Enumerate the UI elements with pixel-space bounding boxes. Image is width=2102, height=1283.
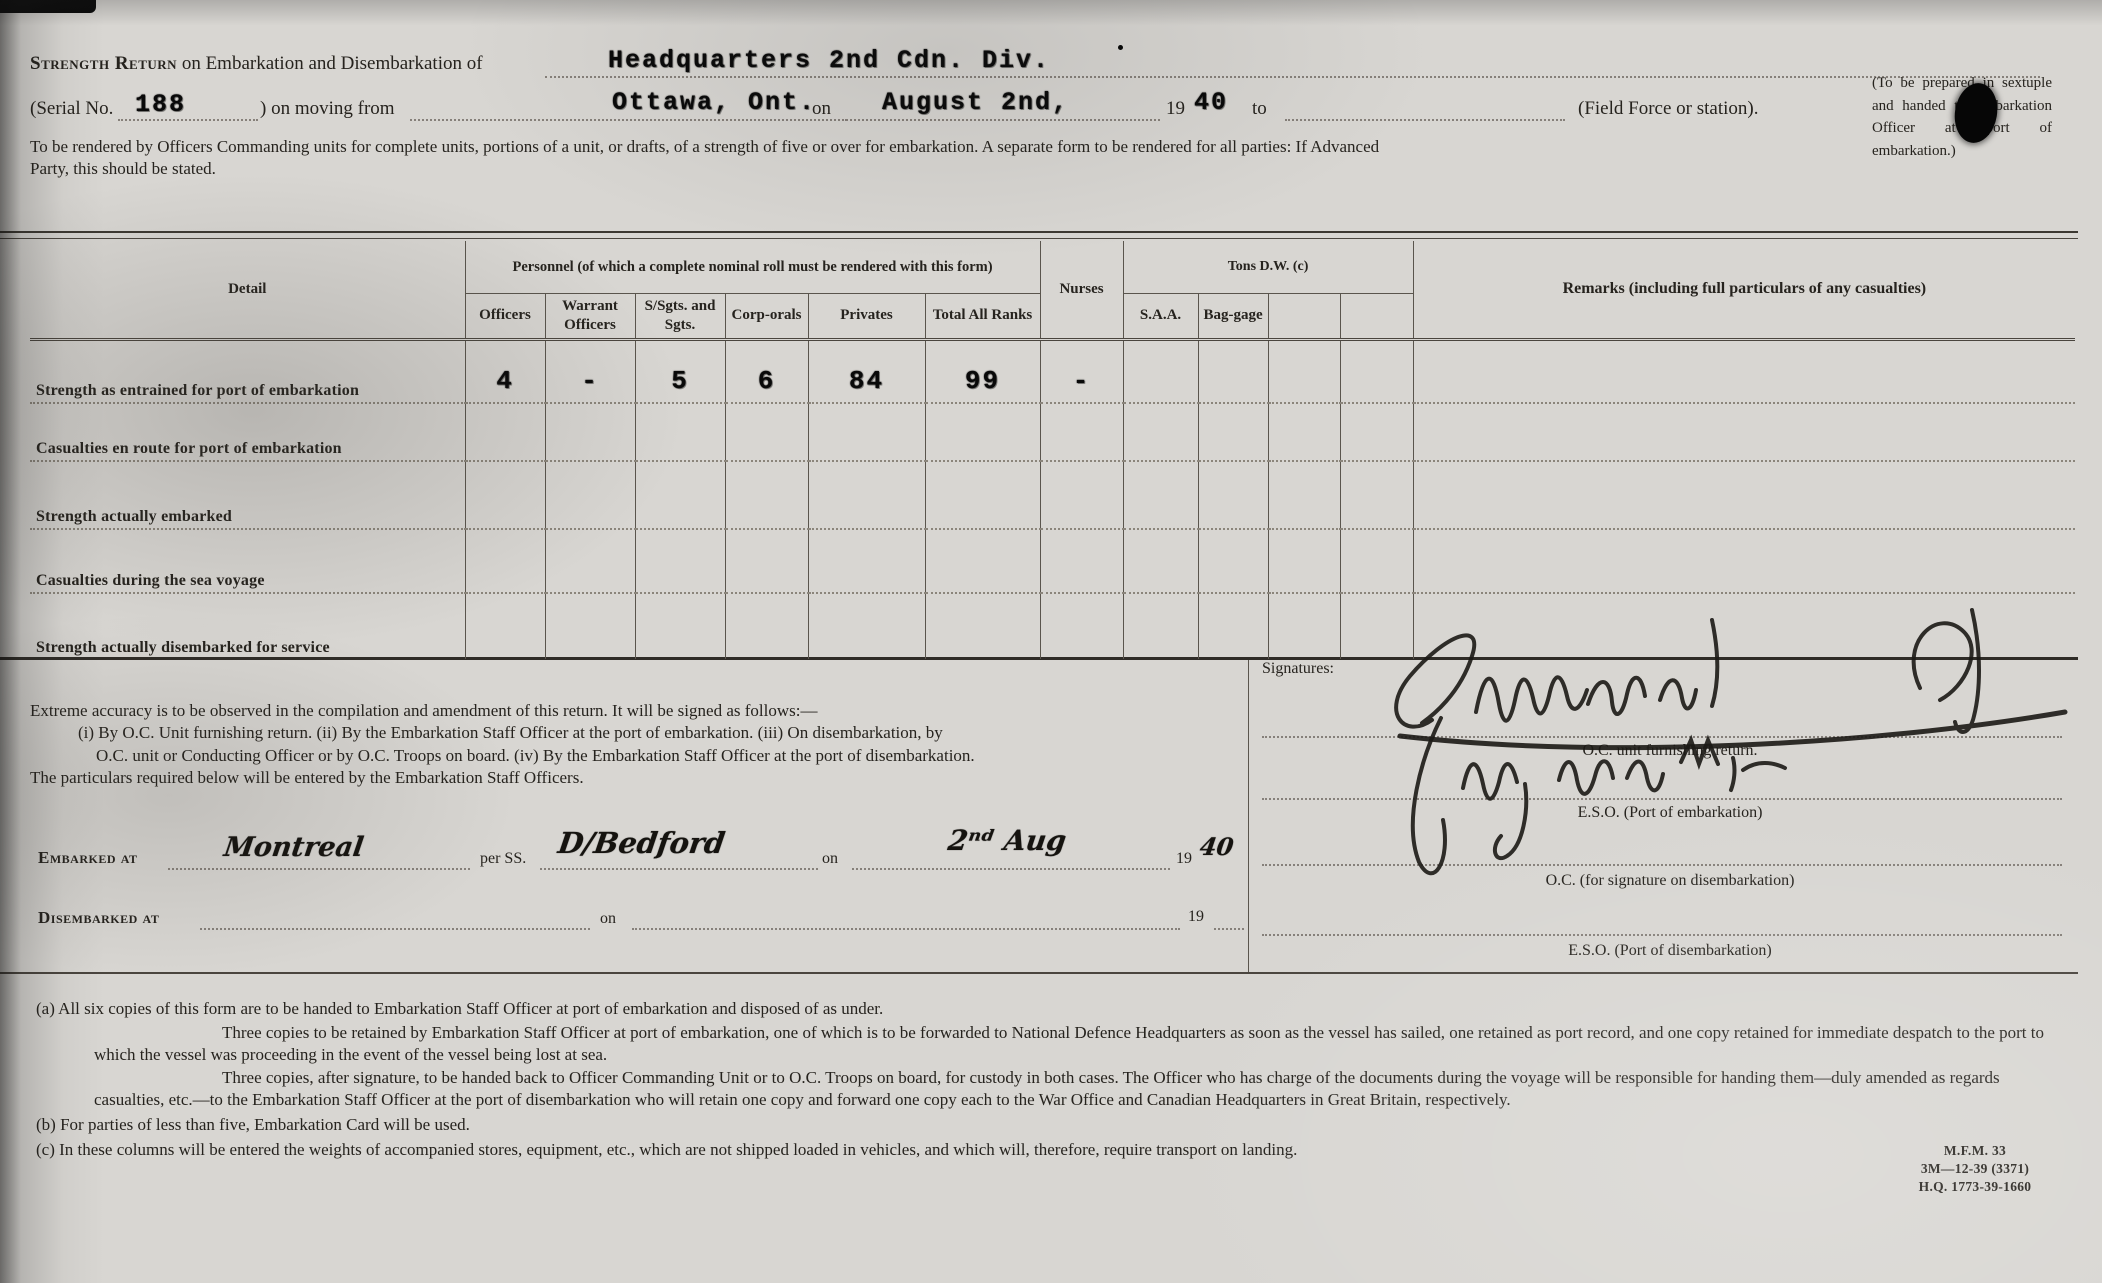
table-top-rule — [0, 231, 2078, 239]
cell — [465, 461, 545, 529]
col-header-tons: Tons D.W. (c) — [1123, 241, 1413, 293]
per-ss-label: per SS. — [480, 850, 526, 868]
cell — [925, 403, 1040, 461]
accuracy-line-2: (i) By O.C. Unit furnishing return. (ii)… — [78, 722, 1240, 744]
row-label: Casualties during the sea voyage — [30, 529, 465, 593]
row-label: Strength actually embarked — [30, 461, 465, 529]
accuracy-line-3: O.C. unit or Conducting Officer or by O.… — [96, 745, 1240, 767]
disembarked-year-rule — [1214, 928, 1244, 930]
table-row: Strength actually embarked — [30, 461, 2075, 529]
cell — [1040, 461, 1123, 529]
year-value: 40 — [1194, 88, 1228, 117]
signature-rule-4 — [1262, 934, 2062, 936]
cell-officers: 4 — [465, 339, 545, 403]
disembarked-at-label: Disembarked at — [38, 908, 159, 928]
table-row: Strength as entrained for port of embark… — [30, 339, 2075, 403]
cell — [545, 461, 635, 529]
cell — [925, 593, 1040, 659]
disembarked-year-prefix: 19 — [1188, 908, 1204, 926]
cell — [808, 529, 925, 593]
cell-remarks — [1413, 403, 2075, 461]
embarked-place-value: Montreal — [222, 832, 366, 863]
footnote-c: (c) In these columns will be entered the… — [36, 1139, 2066, 1161]
cell — [808, 403, 925, 461]
cell — [1198, 529, 1268, 593]
col-header-tons-blank-2 — [1340, 293, 1413, 339]
cell — [545, 529, 635, 593]
date-value: August 2nd, — [882, 88, 1069, 117]
accuracy-line-4: The particulars required below will be e… — [30, 767, 1240, 789]
cell — [808, 593, 925, 659]
form-title-smallcaps: Strength Return — [30, 53, 177, 74]
stamp-line-3: H.Q. 1773-39-1660 — [1880, 1178, 2070, 1196]
table-row: Casualties during the sea voyage — [30, 529, 2075, 593]
cell — [1123, 593, 1198, 659]
cell-saa — [1123, 339, 1198, 403]
form-title-rest: on Embarkation and Disembarkation of — [177, 53, 483, 74]
col-header-total-all-ranks: Total All Ranks — [925, 293, 1040, 339]
unit-value: Headquarters 2nd Cdn. Div. — [608, 46, 1050, 75]
stamp-line-1: M.F.M. 33 — [1880, 1142, 2070, 1160]
footnote-b: (b) For parties of less than five, Embar… — [36, 1114, 2066, 1136]
cell-corporals: 6 — [725, 339, 808, 403]
signature-eso-embark-ink — [1345, 700, 1875, 905]
from-value: Ottawa, Ont. — [612, 88, 816, 117]
cell — [1340, 529, 1413, 593]
year-prefix: 19 — [1166, 98, 1185, 120]
cell — [1268, 403, 1340, 461]
cell — [1040, 593, 1123, 659]
col-header-saa: S.A.A. — [1123, 293, 1198, 339]
signature-caption-eso-disembark: E.S.O. (Port of disembarkation) — [1350, 942, 1990, 960]
cell — [925, 529, 1040, 593]
col-header-baggage: Bag-gage — [1198, 293, 1268, 339]
col-header-nurses: Nurses — [1040, 241, 1123, 339]
cell — [465, 529, 545, 593]
footnotes-top-rule — [0, 972, 2078, 974]
disembarked-date-rule — [632, 928, 1180, 930]
embarked-date-value: 2ⁿᵈ Aug — [946, 824, 1068, 857]
moving-from-label: ) on moving from — [260, 98, 395, 120]
cell — [1268, 461, 1340, 529]
cell-warrant: - — [545, 339, 635, 403]
cell — [1123, 529, 1198, 593]
cell — [635, 529, 725, 593]
form-title: Strength Return on Embarkation and Disem… — [30, 53, 483, 75]
ink-speck — [1118, 45, 1123, 50]
col-header-detail: Detail — [30, 241, 465, 339]
serial-label: (Serial No. — [30, 98, 113, 120]
cell-tons-4 — [1340, 339, 1413, 403]
cell-remarks — [1413, 461, 2075, 529]
cell — [725, 593, 808, 659]
col-header-remarks: Remarks (including full particulars of a… — [1413, 241, 2075, 339]
scan-edge-artifact — [0, 0, 96, 13]
cell-baggage — [1198, 339, 1268, 403]
cell-privates: 84 — [808, 339, 925, 403]
cell — [465, 403, 545, 461]
cell — [1198, 403, 1268, 461]
signatures-label: Signatures: — [1262, 660, 1334, 678]
serial-value: 188 — [135, 90, 186, 119]
ship-rule — [540, 868, 818, 870]
cell — [1198, 593, 1268, 659]
cell — [1268, 593, 1340, 659]
cell — [1123, 403, 1198, 461]
cell — [635, 403, 725, 461]
embarked-on-label: on — [822, 850, 838, 868]
row-label: Casualties en route for port of embarkat… — [30, 403, 465, 461]
disembarked-on-label: on — [600, 910, 616, 928]
embarked-at-label: Embarked at — [38, 848, 138, 868]
col-header-officers: Officers — [465, 293, 545, 339]
cell — [925, 461, 1040, 529]
row-label: Strength as entrained for port of embark… — [30, 339, 465, 403]
cell-remarks — [1413, 529, 2075, 593]
date-rule — [845, 119, 1160, 121]
cell — [725, 461, 808, 529]
cell — [1123, 461, 1198, 529]
scanned-strength-return-form: Strength Return on Embarkation and Disem… — [0, 0, 2102, 1283]
to-label: to — [1252, 98, 1267, 120]
footnote-a-para2: Three copies to be retained by Embarkati… — [94, 1022, 2066, 1066]
cell — [1268, 529, 1340, 593]
cell — [635, 593, 725, 659]
form-number-stamp: M.F.M. 33 3M—12-39 (3371) H.Q. 1773-39-1… — [1880, 1142, 2070, 1197]
to-rule — [1285, 119, 1565, 121]
field-force-label: (Field Force or station). — [1578, 98, 1758, 120]
cell — [808, 461, 925, 529]
row-label: Strength actually disembarked for servic… — [30, 593, 465, 659]
col-header-warrant-officers: Warrant Officers — [545, 293, 635, 339]
embarked-year-value: 40 — [1198, 832, 1235, 861]
cell — [1040, 529, 1123, 593]
col-header-personnel: Personnel (of which a complete nominal r… — [465, 241, 1040, 293]
footnotes: (a) All six copies of this form are to b… — [36, 998, 2066, 1160]
cell — [1040, 403, 1123, 461]
signature-panel-divider — [1248, 660, 1249, 973]
accuracy-line-1: Extreme accuracy is to be observed in th… — [30, 700, 1240, 722]
embarked-place-rule — [168, 868, 470, 870]
cell-total: 99 — [925, 339, 1040, 403]
ship-value: D/Bedford — [556, 826, 727, 860]
on-label: on — [812, 98, 831, 120]
cell — [725, 403, 808, 461]
col-header-privates: Privates — [808, 293, 925, 339]
footnote-a-line1: (a) All six copies of this form are to b… — [36, 998, 2066, 1020]
col-header-corporals: Corp-orals — [725, 293, 808, 339]
stamp-line-2: 3M—12-39 (3371) — [1880, 1160, 2070, 1178]
cell-sgts: 5 — [635, 339, 725, 403]
unit-rule — [545, 76, 2040, 78]
cell — [545, 593, 635, 659]
cell — [545, 403, 635, 461]
col-header-tons-blank-1 — [1268, 293, 1340, 339]
cell — [725, 529, 808, 593]
table-row: Casualties en route for port of embarkat… — [30, 403, 2075, 461]
cell-nurses: - — [1040, 339, 1123, 403]
cell-remarks — [1413, 339, 2075, 403]
cell — [635, 461, 725, 529]
disembarked-place-rule — [200, 928, 590, 930]
accuracy-note: Extreme accuracy is to be observed in th… — [30, 700, 1240, 790]
cell — [1340, 403, 1413, 461]
col-header-sgts: S/Sgts. and Sgts. — [635, 293, 725, 339]
cell-tons-3 — [1268, 339, 1340, 403]
cell — [1340, 461, 1413, 529]
serial-rule — [118, 119, 258, 121]
embarked-date-rule — [852, 868, 1170, 870]
footnote-a-para3: Three copies, after signature, to be han… — [94, 1067, 2066, 1111]
render-note: To be rendered by Officers Commanding un… — [30, 136, 1400, 181]
embarked-year-prefix: 19 — [1176, 850, 1192, 868]
cell — [1198, 461, 1268, 529]
cell — [465, 593, 545, 659]
